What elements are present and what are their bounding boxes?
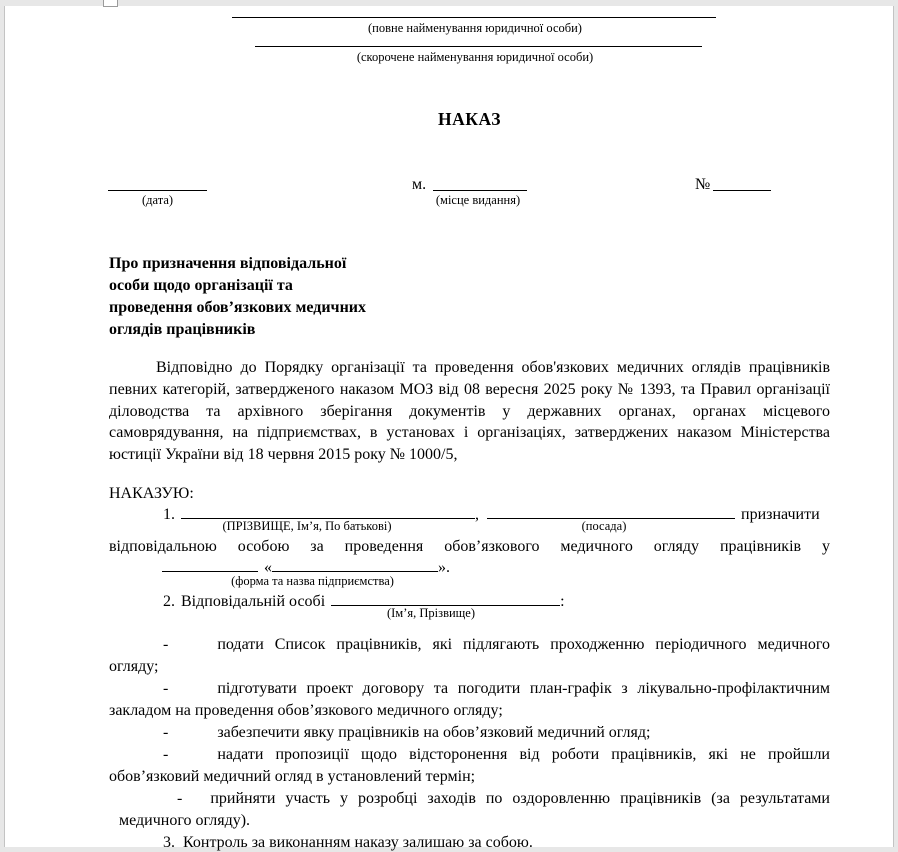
item2-colon: : xyxy=(560,593,564,610)
company-name-blank[interactable] xyxy=(272,556,438,572)
duty-item: -надати пропозиції щодо відсторонення ві… xyxy=(109,744,830,788)
duty-text: підготувати проект договору та погодити … xyxy=(109,680,830,719)
duty-text: прийняти участь у розробці заходів по оз… xyxy=(119,790,830,829)
item2-lead: Відповідальній особі xyxy=(181,593,325,610)
item1-comma: , xyxy=(475,506,479,523)
item2-name-caption: (Ім’я, Прізвище) xyxy=(371,607,491,620)
entity-short-name-caption: (скорочене найменування юридичної особи) xyxy=(325,51,625,64)
subject-line: проведення обов’язкових медичних xyxy=(109,297,366,319)
item1-name-caption: (ПРІЗВИЩЕ, Ім’я, По батькові) xyxy=(212,520,402,533)
item3-number: 3. xyxy=(163,834,175,851)
duty-item: -підготувати проект договору та погодити… xyxy=(109,678,830,722)
item1-tail: призначити xyxy=(741,506,820,523)
duty-text: подати Список працівників, які підлягают… xyxy=(109,636,830,675)
company-close-quote: ». xyxy=(438,559,450,576)
document-canvas: { "doc": { "entity_full_caption": "(повн… xyxy=(0,0,898,852)
subject-line: оглядів працівників xyxy=(109,319,366,341)
entity-full-name-caption: (повне найменування юридичної особи) xyxy=(325,22,625,35)
bullet-dash: - xyxy=(163,746,168,763)
item1-name-blank[interactable] xyxy=(181,503,475,519)
item1-position-blank[interactable] xyxy=(487,503,735,519)
entity-full-name-blank[interactable] xyxy=(232,17,716,18)
item1-number: 1. xyxy=(163,506,175,523)
subject-heading: Про призначення відповідальної особи щод… xyxy=(109,253,366,341)
number-sign: № xyxy=(695,174,710,196)
resolve-heading: НАКАЗУЮ: xyxy=(109,483,194,505)
duty-text: забезпечити явку працівників на обов’язк… xyxy=(217,724,650,741)
item2-name-blank[interactable] xyxy=(331,590,560,606)
company-caption: (форма та назва підприємства) xyxy=(220,575,405,588)
subject-line: Про призначення відповідальної xyxy=(109,253,366,275)
document-page: (повне найменування юридичної особи) (ск… xyxy=(4,6,894,847)
entity-short-name-blank[interactable] xyxy=(255,46,702,47)
item2-number: 2. xyxy=(163,593,175,610)
duties-list: -подати Список працівників, які підлягаю… xyxy=(109,634,830,852)
duty-item: -забезпечити явку працівників на обов’яз… xyxy=(109,722,830,744)
item1-continuation: відповідальною особою за проведення обов… xyxy=(109,536,830,558)
company-row: «». (форма та назва підприємства) xyxy=(109,556,830,579)
bullet-dash: - xyxy=(163,724,168,741)
duty-text: надати пропозиції щодо відсторонення від… xyxy=(109,746,830,785)
subject-line: особи щодо організації та xyxy=(109,275,366,297)
item1-position-caption: (посада) xyxy=(529,520,679,533)
duty-item: -подати Список працівників, які підлягаю… xyxy=(109,634,830,678)
duty-item: -прийняти участь у розробці заходів по о… xyxy=(109,788,830,832)
company-line: «». xyxy=(109,556,830,579)
city-prefix: м. xyxy=(412,174,426,196)
place-blank[interactable] xyxy=(433,190,527,191)
page-top-marker xyxy=(103,0,118,7)
order-item-2: 2.Відповідальній особі: (Ім’я, Прізвище) xyxy=(109,590,830,613)
preamble-paragraph: Відповідно до Порядку організації та про… xyxy=(109,357,830,466)
item3-text: Контроль за виконанням наказу залишаю за… xyxy=(183,834,533,851)
number-blank[interactable] xyxy=(713,190,771,191)
date-caption: (дата) xyxy=(108,194,207,207)
bullet-dash: - xyxy=(177,790,182,807)
place-caption: (місце видання) xyxy=(403,194,553,207)
document-title: НАКАЗ xyxy=(109,109,830,130)
order-item-1: 1.,призначити (ПРІЗВИЩЕ, Ім’я, По батько… xyxy=(109,503,830,526)
company-form-blank[interactable] xyxy=(162,556,258,572)
order-item-3: 3.Контроль за виконанням наказу залишаю … xyxy=(109,832,830,852)
bullet-dash: - xyxy=(163,636,168,653)
bullet-dash: - xyxy=(163,680,168,697)
date-blank[interactable] xyxy=(108,190,207,191)
